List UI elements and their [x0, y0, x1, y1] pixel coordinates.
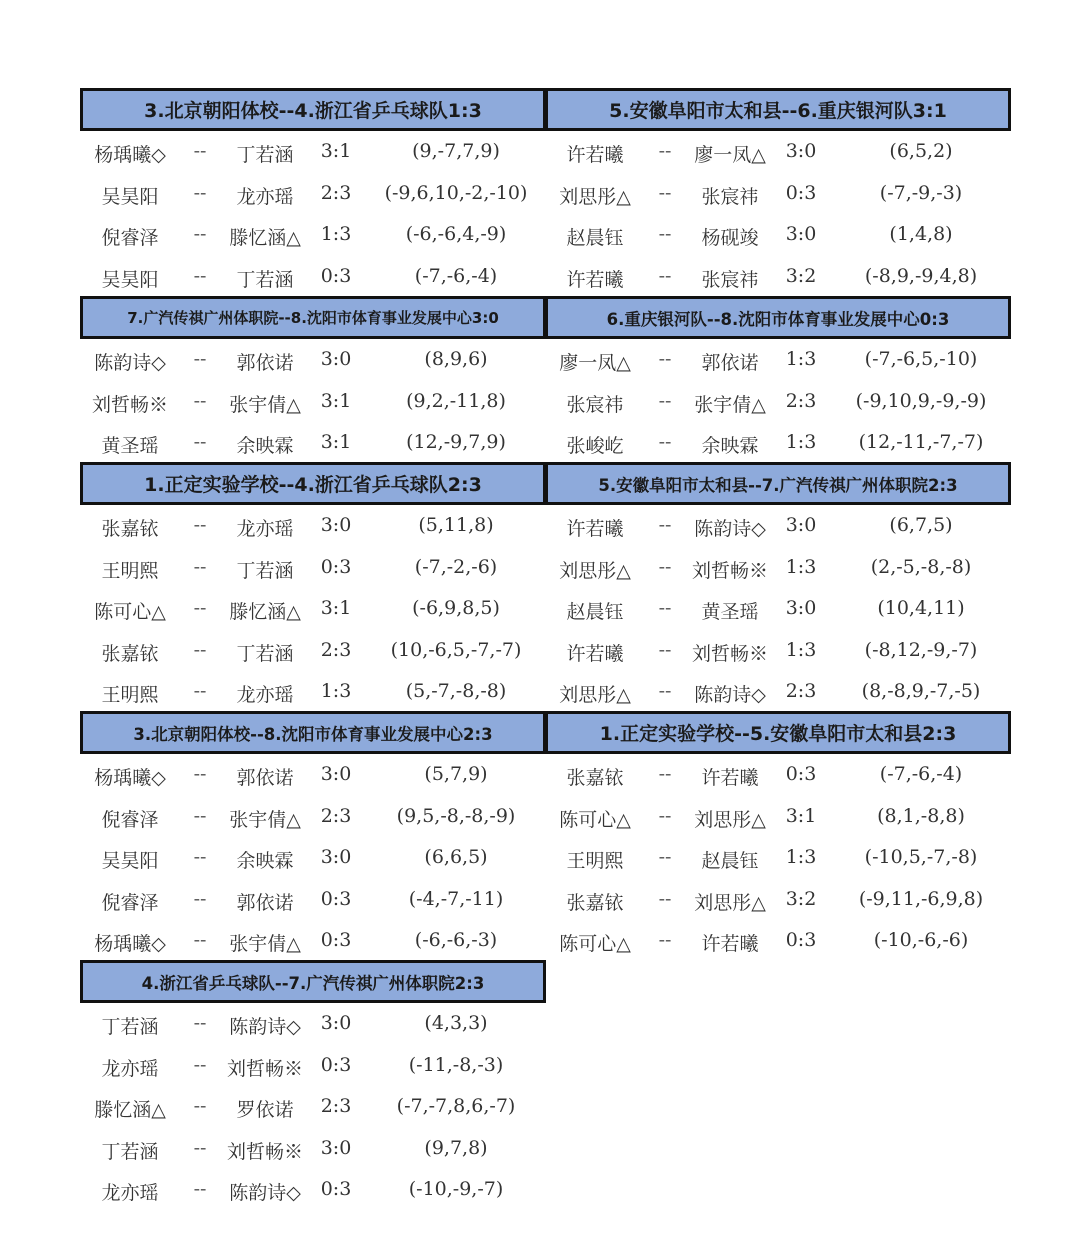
player-1: 滕忆涵△	[94, 1095, 166, 1122]
game-score: 0:3	[321, 888, 352, 910]
player-1: 许若曦	[566, 514, 623, 541]
player-2: 郭依诺	[236, 888, 293, 915]
player-2: 余映霖	[701, 431, 758, 458]
match-block: 7.广汽传祺广州体职院--8.沈阳市体育事业发展中心3:0 陈韵诗◇--郭依诺3…	[80, 296, 546, 464]
player-1: 许若曦	[566, 639, 623, 666]
game-row: 张峻屹--余映霖1:3(12,-11,-7,-7)	[545, 422, 1011, 464]
point-scores: (5,11,8)	[418, 514, 493, 536]
player-2: 郭依诺	[701, 348, 758, 375]
separator: --	[659, 348, 672, 370]
separator: --	[659, 763, 672, 785]
player-1: 王明熙	[101, 556, 158, 583]
game-score: 0:3	[321, 1054, 352, 1076]
player-1: 龙亦瑶	[101, 1178, 158, 1205]
game-score: 3:0	[321, 763, 352, 785]
point-scores: (-8,12,-9,-7)	[865, 639, 978, 661]
player-2: 刘哲畅※	[227, 1054, 303, 1081]
game-row: 陈可心△--许若曦0:3(-10,-6,-6)	[545, 920, 1011, 962]
point-scores: (-7,-6,-4)	[415, 265, 497, 287]
game-score: 2:3	[786, 680, 817, 702]
game-row: 丁若涵--刘哲畅※3:0(9,7,8)	[80, 1128, 546, 1170]
point-scores: (8,1,-8,8)	[877, 805, 965, 827]
game-score: 0:3	[321, 265, 352, 287]
player-2: 刘哲畅※	[692, 639, 768, 666]
match-title: 6.重庆银河队--8.沈阳市体育事业发展中心0:3	[545, 296, 1011, 339]
separator: --	[659, 223, 672, 245]
game-score: 3:0	[321, 846, 352, 868]
game-row: 滕忆涵△--罗依诺2:3(-7,-7,8,6,-7)	[80, 1086, 546, 1128]
point-scores: (-7,-9,-3)	[880, 182, 962, 204]
player-2: 刘哲畅※	[227, 1137, 303, 1164]
player-1: 陈可心△	[94, 597, 166, 624]
player-1: 倪睿泽	[101, 888, 158, 915]
point-scores: (5,-7,-8,-8)	[406, 680, 507, 702]
game-score: 3:0	[786, 597, 817, 619]
game-score: 3:0	[786, 140, 817, 162]
player-1: 倪睿泽	[101, 805, 158, 832]
game-score: 2:3	[321, 639, 352, 661]
match-block: 3.北京朝阳体校--8.沈阳市体育事业发展中心2:3 杨瑀曦◇--郭依诺3:0(…	[80, 711, 546, 962]
separator: --	[659, 639, 672, 661]
player-1: 吴昊阳	[101, 265, 158, 292]
player-1: 张嘉铱	[566, 888, 623, 915]
player-1: 赵晨钰	[566, 597, 623, 624]
game-row: 刘思彤△--刘哲畅※1:3(2,-5,-8,-8)	[545, 547, 1011, 589]
game-row: 张嘉铱--丁若涵2:3(10,-6,5,-7,-7)	[80, 630, 546, 672]
player-2: 余映霖	[236, 431, 293, 458]
separator: --	[194, 265, 207, 287]
game-row: 赵晨钰--杨砚竣3:0(1,4,8)	[545, 214, 1011, 256]
game-score: 0:3	[321, 556, 352, 578]
game-score: 2:3	[321, 1095, 352, 1117]
player-2: 张宇倩△	[229, 390, 301, 417]
game-row: 王明熙--龙亦瑶1:3(5,-7,-8,-8)	[80, 671, 546, 713]
player-1: 刘思彤△	[559, 182, 631, 209]
game-score: 1:3	[786, 556, 817, 578]
game-row: 倪睿泽--滕忆涵△1:3(-6,-6,4,-9)	[80, 214, 546, 256]
game-score: 1:3	[321, 680, 352, 702]
match-title: 1.正定实验学校--5.安徽阜阳市太和县2:3	[545, 711, 1011, 754]
game-row: 许若曦--张宸祎3:2(-8,9,-9,4,8)	[545, 256, 1011, 298]
game-score: 3:1	[321, 431, 352, 453]
player-2: 陈韵诗◇	[694, 514, 766, 541]
game-row: 杨瑀曦◇--郭依诺3:0(5,7,9)	[80, 754, 546, 796]
match-block: 1.正定实验学校--4.浙江省乒乓球队2:3 张嘉铱--龙亦瑶3:0(5,11,…	[80, 462, 546, 713]
player-1: 丁若涵	[101, 1137, 158, 1164]
game-score: 0:3	[321, 929, 352, 951]
separator: --	[659, 846, 672, 868]
player-2: 赵晨钰	[701, 846, 758, 873]
separator: --	[194, 431, 207, 453]
player-1: 廖一凤△	[559, 348, 631, 375]
game-score: 3:0	[321, 1012, 352, 1034]
point-scores: (-10,-6,-6)	[874, 929, 969, 951]
player-2: 陈韵诗◇	[229, 1178, 301, 1205]
separator: --	[659, 431, 672, 453]
separator: --	[659, 680, 672, 702]
player-2: 丁若涵	[236, 140, 293, 167]
player-2: 刘哲畅※	[692, 556, 768, 583]
separator: --	[194, 348, 207, 370]
game-row: 龙亦瑶--陈韵诗◇0:3(-10,-9,-7)	[80, 1169, 546, 1211]
game-row: 王明熙--丁若涵0:3(-7,-2,-6)	[80, 547, 546, 589]
game-row: 倪睿泽--张宇倩△2:3(9,5,-8,-8,-9)	[80, 796, 546, 838]
game-row: 吴昊阳--余映霖3:0(6,6,5)	[80, 837, 546, 879]
game-row: 杨瑀曦◇--张宇倩△0:3(-6,-6,-3)	[80, 920, 546, 962]
game-score: 0:3	[786, 763, 817, 785]
game-score: 3:1	[321, 597, 352, 619]
separator: --	[194, 556, 207, 578]
point-scores: (-7,-6,-4)	[880, 763, 962, 785]
separator: --	[659, 888, 672, 910]
match-title: 5.安徽阜阳市太和县--7.广汽传祺广州体职院2:3	[545, 462, 1011, 505]
point-scores: (8,-8,9,-7,-5)	[862, 680, 981, 702]
game-row: 龙亦瑶--刘哲畅※0:3(-11,-8,-3)	[80, 1045, 546, 1087]
point-scores: (-10,5,-7,-8)	[865, 846, 978, 868]
game-row: 陈可心△--刘思彤△3:1(8,1,-8,8)	[545, 796, 1011, 838]
point-scores: (-6,-6,4,-9)	[406, 223, 507, 245]
game-score: 2:3	[321, 805, 352, 827]
player-2: 刘思彤△	[694, 805, 766, 832]
point-scores: (-6,-6,-3)	[415, 929, 497, 951]
separator: --	[194, 929, 207, 951]
player-2: 刘思彤△	[694, 888, 766, 915]
player-1: 张嘉铱	[101, 514, 158, 541]
separator: --	[194, 888, 207, 910]
point-scores: (6,6,5)	[424, 846, 487, 868]
player-2: 丁若涵	[236, 639, 293, 666]
game-row: 陈可心△--滕忆涵△3:1(-6,9,8,5)	[80, 588, 546, 630]
game-score: 3:0	[786, 514, 817, 536]
point-scores: (-9,10,9,-9,-9)	[856, 390, 987, 412]
player-2: 张宇倩△	[229, 805, 301, 832]
player-1: 赵晨钰	[566, 223, 623, 250]
player-1: 张峻屹	[566, 431, 623, 458]
separator: --	[194, 805, 207, 827]
separator: --	[659, 265, 672, 287]
game-row: 张嘉铱--许若曦0:3(-7,-6,-4)	[545, 754, 1011, 796]
separator: --	[194, 140, 207, 162]
match-title: 3.北京朝阳体校--4.浙江省乒乓球队1:3	[80, 88, 546, 131]
player-1: 陈可心△	[559, 805, 631, 832]
player-2: 陈韵诗◇	[229, 1012, 301, 1039]
player-2: 龙亦瑶	[236, 680, 293, 707]
separator: --	[194, 763, 207, 785]
player-1: 王明熙	[566, 846, 623, 873]
player-2: 郭依诺	[236, 348, 293, 375]
game-row: 丁若涵--陈韵诗◇3:0(4,3,3)	[80, 1003, 546, 1045]
match-title: 1.正定实验学校--4.浙江省乒乓球队2:3	[80, 462, 546, 505]
player-1: 王明熙	[101, 680, 158, 707]
point-scores: (-4,-7,-11)	[409, 888, 504, 910]
point-scores: (1,4,8)	[889, 223, 952, 245]
player-1: 张宸祎	[566, 390, 623, 417]
separator: --	[659, 929, 672, 951]
game-row: 王明熙--赵晨钰1:3(-10,5,-7,-8)	[545, 837, 1011, 879]
game-row: 刘哲畅※--张宇倩△3:1(9,2,-11,8)	[80, 381, 546, 423]
player-2: 许若曦	[701, 929, 758, 956]
player-1: 杨瑀曦◇	[94, 763, 166, 790]
point-scores: (5,7,9)	[424, 763, 487, 785]
point-scores: (9,7,8)	[424, 1137, 487, 1159]
game-row: 倪睿泽--郭依诺0:3(-4,-7,-11)	[80, 879, 546, 921]
player-2: 郭依诺	[236, 763, 293, 790]
separator: --	[194, 597, 207, 619]
player-1: 黄圣瑶	[101, 431, 158, 458]
separator: --	[659, 597, 672, 619]
game-score: 1:3	[786, 348, 817, 370]
player-2: 龙亦瑶	[236, 182, 293, 209]
player-2: 张宇倩△	[229, 929, 301, 956]
game-row: 许若曦--廖一凤△3:0(6,5,2)	[545, 131, 1011, 173]
player-1: 陈可心△	[559, 929, 631, 956]
game-row: 赵晨钰--黄圣瑶3:0(10,4,11)	[545, 588, 1011, 630]
separator: --	[194, 514, 207, 536]
separator: --	[194, 680, 207, 702]
match-block: 1.正定实验学校--5.安徽阜阳市太和县2:3 张嘉铱--许若曦0:3(-7,-…	[545, 711, 1011, 962]
player-2: 丁若涵	[236, 556, 293, 583]
point-scores: (12,-9,7,9)	[406, 431, 506, 453]
player-1: 杨瑀曦◇	[94, 140, 166, 167]
separator: --	[659, 390, 672, 412]
game-row: 张嘉铱--龙亦瑶3:0(5,11,8)	[80, 505, 546, 547]
separator: --	[194, 223, 207, 245]
player-1: 丁若涵	[101, 1012, 158, 1039]
match-block: 3.北京朝阳体校--4.浙江省乒乓球队1:3 杨瑀曦◇--丁若涵3:1(9,-7…	[80, 88, 546, 297]
separator: --	[659, 805, 672, 827]
point-scores: (-8,9,-9,4,8)	[865, 265, 977, 287]
player-1: 陈韵诗◇	[94, 348, 166, 375]
game-row: 刘思彤△--张宸祎0:3(-7,-9,-3)	[545, 173, 1011, 215]
player-1: 杨瑀曦◇	[94, 929, 166, 956]
game-row: 廖一凤△--郭依诺1:3(-7,-6,5,-10)	[545, 339, 1011, 381]
player-1: 张嘉铱	[566, 763, 623, 790]
match-block: 5.安徽阜阳市太和县--7.广汽传祺广州体职院2:3 许若曦--陈韵诗◇3:0(…	[545, 462, 1011, 713]
separator: --	[194, 182, 207, 204]
game-score: 2:3	[321, 182, 352, 204]
point-scores: (-6,9,8,5)	[412, 597, 500, 619]
point-scores: (10,-6,5,-7,-7)	[391, 639, 522, 661]
match-title: 5.安徽阜阳市太和县--6.重庆银河队3:1	[545, 88, 1011, 131]
player-1: 倪睿泽	[101, 223, 158, 250]
point-scores: (8,9,6)	[424, 348, 487, 370]
game-score: 3:2	[786, 265, 817, 287]
match-block: 5.安徽阜阳市太和县--6.重庆银河队3:1 许若曦--廖一凤△3:0(6,5,…	[545, 88, 1011, 297]
player-2: 廖一凤△	[694, 140, 766, 167]
game-score: 0:3	[786, 929, 817, 951]
point-scores: (2,-5,-8,-8)	[871, 556, 972, 578]
game-row: 张宸祎--张宇倩△2:3(-9,10,9,-9,-9)	[545, 381, 1011, 423]
player-2: 张宸祎	[701, 265, 758, 292]
game-score: 0:3	[786, 182, 817, 204]
point-scores: (4,3,3)	[424, 1012, 487, 1034]
game-score: 3:0	[786, 223, 817, 245]
point-scores: (6,5,2)	[889, 140, 952, 162]
point-scores: (12,-11,-7,-7)	[859, 431, 984, 453]
game-score: 2:3	[786, 390, 817, 412]
game-row: 刘思彤△--陈韵诗◇2:3(8,-8,9,-7,-5)	[545, 671, 1011, 713]
point-scores: (10,4,11)	[877, 597, 964, 619]
point-scores: (9,5,-8,-8,-9)	[397, 805, 516, 827]
player-2: 陈韵诗◇	[694, 680, 766, 707]
player-2: 余映霖	[236, 846, 293, 873]
player-2: 许若曦	[701, 763, 758, 790]
player-2: 滕忆涵△	[229, 597, 301, 624]
game-score: 1:3	[786, 846, 817, 868]
player-2: 张宇倩△	[694, 390, 766, 417]
separator: --	[659, 556, 672, 578]
game-score: 3:0	[321, 514, 352, 536]
point-scores: (9,-7,7,9)	[412, 140, 500, 162]
separator: --	[659, 182, 672, 204]
separator: --	[659, 514, 672, 536]
game-row: 吴昊阳--龙亦瑶2:3(-9,6,10,-2,-10)	[80, 173, 546, 215]
point-scores: (-10,-9,-7)	[409, 1178, 504, 1200]
game-score: 1:3	[786, 639, 817, 661]
game-score: 3:2	[786, 888, 817, 910]
separator: --	[194, 1137, 207, 1159]
player-2: 张宸祎	[701, 182, 758, 209]
game-score: 3:1	[786, 805, 817, 827]
game-row: 杨瑀曦◇--丁若涵3:1(9,-7,7,9)	[80, 131, 546, 173]
player-2: 丁若涵	[236, 265, 293, 292]
point-scores: (-7,-6,5,-10)	[865, 348, 978, 370]
match-title: 7.广汽传祺广州体职院--8.沈阳市体育事业发展中心3:0	[80, 296, 546, 339]
game-score: 3:1	[321, 140, 352, 162]
game-row: 吴昊阳--丁若涵0:3(-7,-6,-4)	[80, 256, 546, 298]
point-scores: (9,2,-11,8)	[406, 390, 506, 412]
separator: --	[659, 140, 672, 162]
player-2: 杨砚竣	[701, 223, 758, 250]
player-1: 许若曦	[566, 140, 623, 167]
game-score: 3:0	[321, 1137, 352, 1159]
game-row: 张嘉铱--刘思彤△3:2(-9,11,-6,9,8)	[545, 879, 1011, 921]
separator: --	[194, 1054, 207, 1076]
separator: --	[194, 639, 207, 661]
separator: --	[194, 1095, 207, 1117]
player-1: 许若曦	[566, 265, 623, 292]
separator: --	[194, 1012, 207, 1034]
separator: --	[194, 390, 207, 412]
point-scores: (6,7,5)	[889, 514, 952, 536]
match-title: 4.浙江省乒乓球队--7.广汽传祺广州体职院2:3	[80, 960, 546, 1003]
player-1: 吴昊阳	[101, 846, 158, 873]
player-1: 张嘉铱	[101, 639, 158, 666]
point-scores: (-7,-2,-6)	[415, 556, 497, 578]
point-scores: (-7,-7,8,6,-7)	[397, 1095, 516, 1117]
player-1: 刘思彤△	[559, 680, 631, 707]
separator: --	[194, 846, 207, 868]
player-1: 龙亦瑶	[101, 1054, 158, 1081]
game-score: 1:3	[786, 431, 817, 453]
player-1: 吴昊阳	[101, 182, 158, 209]
game-row: 陈韵诗◇--郭依诺3:0(8,9,6)	[80, 339, 546, 381]
point-scores: (-9,11,-6,9,8)	[859, 888, 983, 910]
player-2: 罗依诺	[236, 1095, 293, 1122]
game-score: 0:3	[321, 1178, 352, 1200]
game-row: 许若曦--陈韵诗◇3:0(6,7,5)	[545, 505, 1011, 547]
game-row: 许若曦--刘哲畅※1:3(-8,12,-9,-7)	[545, 630, 1011, 672]
game-row: 黄圣瑶--余映霖3:1(12,-9,7,9)	[80, 422, 546, 464]
player-2: 黄圣瑶	[701, 597, 758, 624]
player-2: 龙亦瑶	[236, 514, 293, 541]
match-block: 4.浙江省乒乓球队--7.广汽传祺广州体职院2:3 丁若涵--陈韵诗◇3:0(4…	[80, 960, 546, 1211]
game-score: 3:0	[321, 348, 352, 370]
match-block: 6.重庆银河队--8.沈阳市体育事业发展中心0:3 廖一凤△--郭依诺1:3(-…	[545, 296, 1011, 464]
separator: --	[194, 1178, 207, 1200]
player-1: 刘哲畅※	[92, 390, 168, 417]
player-2: 滕忆涵△	[229, 223, 301, 250]
point-scores: (-11,-8,-3)	[409, 1054, 504, 1076]
player-1: 刘思彤△	[559, 556, 631, 583]
game-score: 3:1	[321, 390, 352, 412]
game-score: 1:3	[321, 223, 352, 245]
point-scores: (-9,6,10,-2,-10)	[385, 182, 528, 204]
match-title: 3.北京朝阳体校--8.沈阳市体育事业发展中心2:3	[80, 711, 546, 754]
